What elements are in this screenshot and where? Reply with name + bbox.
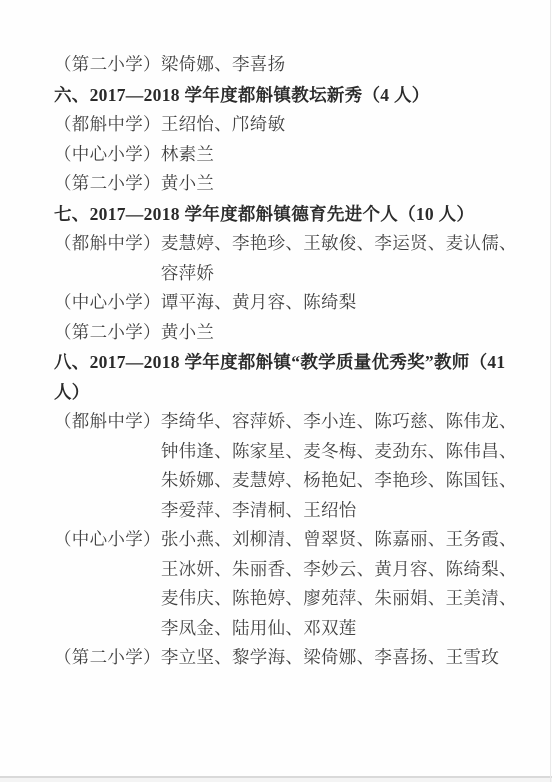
school-label: （第二小学） [54, 50, 161, 80]
school-label: （中心小学） [54, 288, 161, 318]
school-label: （第二小学） [54, 643, 161, 673]
school-label: （中心小学） [54, 140, 161, 170]
school-label: （第二小学） [54, 318, 161, 348]
section-heading: 六、2017—2018 学年度都斛镇教坛新秀（4 人） [54, 81, 520, 111]
school-entry: （中心小学） 谭平海、黄月容、陈绮梨 [54, 288, 520, 318]
section-heading: 八、2017—2018 学年度都斛镇“教学质量优秀奖”教师（41 人） [54, 348, 520, 407]
scan-edge-bottom [0, 776, 552, 778]
scan-edge-bottom-soft [0, 778, 552, 782]
names-list: 李绮华、容萍娇、李小连、陈巧慈、陈伟龙、钟伟逢、陈家星、麦冬梅、麦劲东、陈伟昌、… [161, 407, 520, 525]
school-entry: （第二小学） 黄小兰 [54, 318, 520, 348]
names-list: 黄小兰 [161, 169, 520, 199]
section-8: 八、2017—2018 学年度都斛镇“教学质量优秀奖”教师（41 人） （都斛中… [54, 348, 520, 673]
names-list: 李立坚、黎学海、梁倚娜、李喜扬、王雪玫 [161, 643, 520, 673]
school-entry: （都斛中学） 李绮华、容萍娇、李小连、陈巧慈、陈伟龙、钟伟逢、陈家星、麦冬梅、麦… [54, 407, 520, 525]
section-7: 七、2017—2018 学年度都斛镇德育先进个人（10 人） （都斛中学） 麦慧… [54, 200, 520, 348]
school-entry: （第二小学） 黄小兰 [54, 169, 520, 199]
section-6: 六、2017—2018 学年度都斛镇教坛新秀（4 人） （都斛中学） 王绍怡、邝… [54, 81, 520, 199]
names-list: 谭平海、黄月容、陈绮梨 [161, 288, 520, 318]
names-list: 麦慧婷、李艳珍、王敏俊、李运贤、麦认儒、容萍娇 [161, 229, 520, 288]
school-entry: （都斛中学） 王绍怡、邝绮敏 [54, 110, 520, 140]
school-label: （第二小学） [54, 169, 161, 199]
names-list: 林素兰 [161, 140, 520, 170]
school-entry: （都斛中学） 麦慧婷、李艳珍、王敏俊、李运贤、麦认儒、容萍娇 [54, 229, 520, 288]
school-label: （都斛中学） [54, 407, 161, 437]
document-page: （第二小学） 梁倚娜、李喜扬 六、2017—2018 学年度都斛镇教坛新秀（4 … [0, 0, 552, 782]
names-list: 张小燕、刘柳清、曾翠贤、陈嘉丽、王务霞、王冰妍、朱丽香、李妙云、黄月容、陈绮梨、… [161, 525, 520, 643]
school-entry: （中心小学） 林素兰 [54, 140, 520, 170]
school-entry: （中心小学） 张小燕、刘柳清、曾翠贤、陈嘉丽、王务霞、王冰妍、朱丽香、李妙云、黄… [54, 525, 520, 643]
section-heading: 七、2017—2018 学年度都斛镇德育先进个人（10 人） [54, 200, 520, 230]
school-entry: （第二小学） 李立坚、黎学海、梁倚娜、李喜扬、王雪玫 [54, 643, 520, 673]
school-label: （中心小学） [54, 525, 161, 555]
names-list: 王绍怡、邝绮敏 [161, 110, 520, 140]
names-list: 黄小兰 [161, 318, 520, 348]
names-list: 梁倚娜、李喜扬 [161, 50, 520, 80]
school-label: （都斛中学） [54, 110, 161, 140]
school-label: （都斛中学） [54, 229, 161, 259]
scan-edge-right [550, 0, 551, 782]
page-content: （第二小学） 梁倚娜、李喜扬 六、2017—2018 学年度都斛镇教坛新秀（4 … [54, 50, 520, 673]
continued-school-entry: （第二小学） 梁倚娜、李喜扬 [54, 50, 520, 80]
